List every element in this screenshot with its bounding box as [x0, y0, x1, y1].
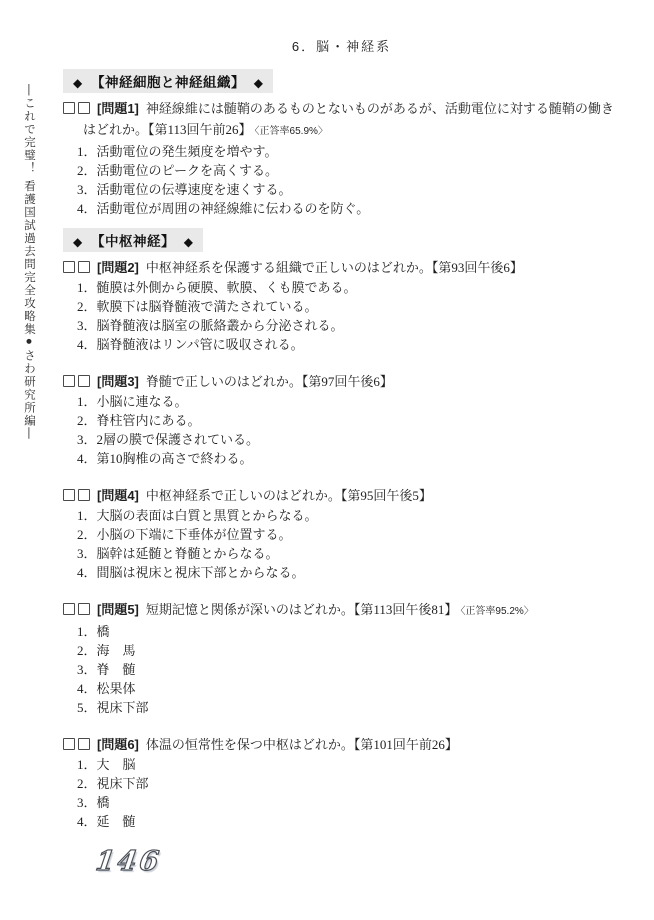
problem-label: [問題3] — [97, 374, 139, 389]
choice-item: 2．小脳の下端に下垂体が位置する。 — [77, 525, 620, 544]
choice-item: 3．2層の膜で保護されている。 — [77, 430, 620, 449]
exam-source: 【第95回午後5】 — [341, 488, 432, 503]
chapter-title: 6．脳・神経系 — [63, 36, 620, 55]
choice-item: 1．大脳の表面は白質と黒質とからなる。 — [77, 506, 620, 525]
problem-label: [問題5] — [97, 602, 139, 617]
choices-list: 1．小脳に連なる。 2．脊柱管内にある。 3．2層の膜で保護されている。 4．第… — [77, 392, 620, 468]
problem-2: [問題2]中枢神経系を保護する組織で正しいのはどれか。【第93回午後6】 1．髄… — [63, 257, 620, 354]
page-content: 6．脳・神経系 ◆ 【神経細胞と神経組織】 ◆ [問題1]神経線維には髄鞘のある… — [63, 36, 620, 831]
exam-source: 【第113回午後81】 — [354, 602, 458, 617]
section-title: 【中枢神経】 — [91, 234, 175, 249]
checkbox-icon — [78, 261, 90, 273]
choice-item: 4．第10胸椎の高さで終わる。 — [77, 449, 620, 468]
exam-source: 【第113回午前26】 — [148, 122, 252, 137]
problem-5: [問題5]短期記憶と関係が深いのはどれか。【第113回午後81】〈正答率95.2… — [63, 599, 620, 717]
diamond-icon: ◆ — [254, 76, 263, 90]
exam-source: 【第93回午後6】 — [432, 260, 523, 275]
problem-6: [問題6]体温の恒常性を保つ中枢はどれか。【第101回午前26】 1．大 脳 2… — [63, 734, 620, 831]
checkbox-icon — [78, 489, 90, 501]
page-number: 146 — [94, 846, 164, 877]
question-text: 中枢神経系で正しいのはどれか。 — [146, 488, 341, 503]
choices-list: 1．髄膜は外側から硬膜、軟膜、くも膜である。 2．軟膜下は脳脊髄液で満たされてい… — [77, 278, 620, 354]
choice-item: 3．脳脊髄液は脳室の脈絡叢から分泌される。 — [77, 316, 620, 335]
problem-3: [問題3]脊髄で正しいのはどれか。【第97回午後6】 1．小脳に連なる。 2．脊… — [63, 371, 620, 468]
choice-item: 4．脳脊髄液はリンパ管に吸収される。 — [77, 335, 620, 354]
choice-item: 2．脊柱管内にある。 — [77, 411, 620, 430]
problem-4: [問題4]中枢神経系で正しいのはどれか。【第95回午後5】 1．大脳の表面は白質… — [63, 485, 620, 582]
choices-list: 1．活動電位の発生頻度を増やす。 2．活動電位のピークを高くする。 3．活動電位… — [77, 142, 620, 218]
checkbox-icon — [78, 102, 90, 114]
section-central-nervous: ◆ 【中枢神経】 ◆ [問題2]中枢神経系を保護する組織で正しいのはどれか。【第… — [63, 228, 620, 831]
problem-statement: [問題6]体温の恒常性を保つ中枢はどれか。【第101回午前26】 — [63, 734, 620, 755]
question-text: 短期記憶と関係が深いのはどれか。 — [146, 602, 354, 617]
choices-list: 1．大脳の表面は白質と黒質とからなる。 2．小脳の下端に下垂体が位置する。 3．… — [77, 506, 620, 582]
checkbox-icon — [63, 261, 75, 273]
choice-item: 4．松果体 — [77, 679, 620, 698]
choices-list: 1．橋 2．海 馬 3．脊 髄 4．松果体 5．視床下部 — [77, 622, 620, 717]
section-header: ◆ 【中枢神経】 ◆ — [63, 228, 203, 252]
choice-item: 4．延 髄 — [77, 812, 620, 831]
question-text: 体温の恒常性を保つ中枢はどれか。 — [146, 737, 354, 752]
problem-statement: [問題5]短期記憶と関係が深いのはどれか。【第113回午後81】〈正答率95.2… — [63, 599, 620, 622]
diamond-icon: ◆ — [184, 235, 193, 249]
choice-item: 3．橋 — [77, 793, 620, 812]
checkbox-icon — [63, 489, 75, 501]
choice-item: 3．脳幹は延髄と脊髄とからなる。 — [77, 544, 620, 563]
checkbox-icon — [63, 738, 75, 750]
problem-statement: [問題2]中枢神経系を保護する組織で正しいのはどれか。【第93回午後6】 — [63, 257, 620, 278]
correct-rate: 〈正答率95.2%〉 — [460, 606, 533, 617]
problem-label: [問題1] — [97, 101, 139, 116]
correct-rate: 〈正答率65.9%〉 — [255, 126, 328, 137]
question-text: 中枢神経系を保護する組織で正しいのはどれか。 — [146, 260, 432, 275]
section-header-row: ◆ 【中枢神経】 ◆ — [63, 228, 620, 252]
choices-list: 1．大 脳 2．視床下部 3．橋 4．延 髄 — [77, 755, 620, 831]
section-nerve-cells: ◆ 【神経細胞と神経組織】 ◆ [問題1]神経線維には髄鞘のあるものとないものが… — [63, 69, 620, 218]
section-header-row: ◆ 【神経細胞と神経組織】 ◆ — [63, 69, 620, 93]
choice-item: 1．大 脳 — [77, 755, 620, 774]
choice-item: 2．軟膜下は脳脊髄液で満たされている。 — [77, 297, 620, 316]
checkbox-icon — [78, 603, 90, 615]
checkbox-icon — [78, 738, 90, 750]
problem-1: [問題1]神経線維には髄鞘のあるものとないものがあるが、活動電位に対する髄鞘の働… — [63, 98, 620, 218]
checkbox-icon — [63, 603, 75, 615]
section-title: 【神経細胞と神経組織】 — [91, 75, 245, 90]
choice-item: 2．活動電位のピークを高くする。 — [77, 161, 620, 180]
problem-statement: [問題4]中枢神経系で正しいのはどれか。【第95回午後5】 — [63, 485, 620, 506]
checkbox-icon — [78, 375, 90, 387]
problem-label: [問題4] — [97, 488, 139, 503]
choice-item: 5．視床下部 — [77, 698, 620, 717]
exam-source: 【第101回午前26】 — [354, 737, 458, 752]
choice-item: 1．髄膜は外側から硬膜、軟膜、くも膜である。 — [77, 278, 620, 297]
checkbox-icon — [63, 375, 75, 387]
problem-statement: [問題3]脊髄で正しいのはどれか。【第97回午後6】 — [63, 371, 620, 392]
checkbox-icon — [63, 102, 75, 114]
diamond-icon: ◆ — [73, 235, 82, 249]
choice-item: 2．視床下部 — [77, 774, 620, 793]
choice-item: 3．活動電位の伝導速度を速くする。 — [77, 180, 620, 199]
exam-source: 【第97回午後6】 — [302, 374, 393, 389]
problem-statement: [問題1]神経線維には髄鞘のあるものとないものがあるが、活動電位に対する髄鞘の働… — [63, 98, 620, 142]
choice-item: 4．活動電位が周囲の神経線維に伝わるのを防ぐ。 — [77, 199, 620, 218]
section-header: ◆ 【神経細胞と神経組織】 ◆ — [63, 69, 273, 93]
diamond-icon: ◆ — [73, 76, 82, 90]
choice-item: 4．間脳は視床と視床下部とからなる。 — [77, 563, 620, 582]
problem-label: [問題6] — [97, 737, 139, 752]
choice-item: 1．活動電位の発生頻度を増やす。 — [77, 142, 620, 161]
question-text: 脊髄で正しいのはどれか。 — [146, 374, 302, 389]
problem-label: [問題2] — [97, 260, 139, 275]
choice-item: 1．橋 — [77, 622, 620, 641]
choice-item: 3．脊 髄 — [77, 660, 620, 679]
book-series-side-label: ―これで完璧！ 看護国試過去問完全攻略集●さわ研究所編― — [21, 84, 37, 440]
choice-item: 2．海 馬 — [77, 641, 620, 660]
choice-item: 1．小脳に連なる。 — [77, 392, 620, 411]
